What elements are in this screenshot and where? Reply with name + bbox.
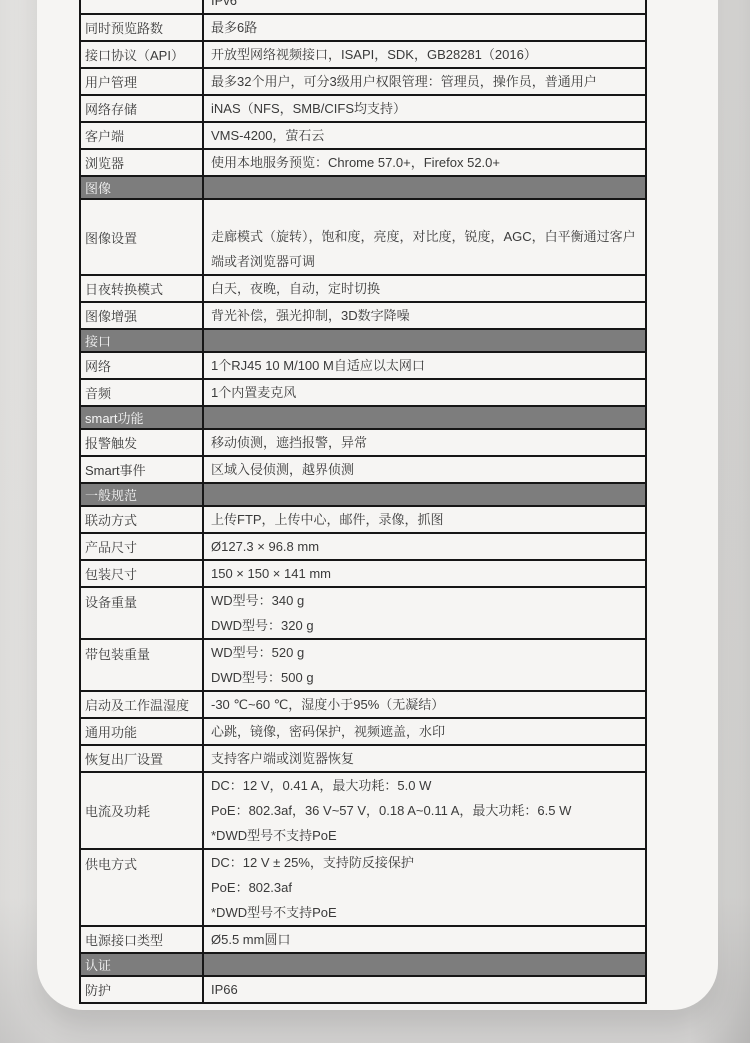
- spec-value: 区域入侵侦测，越界侦测: [203, 456, 646, 483]
- spec-value-line: -30 ℃~60 ℃，湿度小于95%（无凝结）: [211, 692, 639, 717]
- spec-value-line: DC：12 V ± 25%，支持防反接保护: [211, 850, 639, 875]
- spec-label: 设备重量: [80, 587, 203, 639]
- spec-label: 日夜转换模式: [80, 275, 203, 302]
- spec-label: 客户端: [80, 122, 203, 149]
- spec-table: IPv6同时预览路数最多6路接口协议（API）开放型网络视频接口，ISAPI，S…: [79, 0, 647, 1004]
- spec-value-line: 1个内置麦克风: [211, 380, 639, 405]
- spec-row: 通用功能心跳，镜像，密码保护，视频遮盖，水印: [80, 718, 646, 745]
- spec-value: [203, 329, 646, 352]
- spec-value-line: 使用本地服务预览：Chrome 57.0+，Firefox 52.0+: [211, 150, 639, 175]
- spec-value-line: 开放型网络视频接口，ISAPI，SDK，GB28281（2016）: [211, 42, 639, 67]
- spec-value: 1个内置麦克风: [203, 379, 646, 406]
- spec-value-line: IPv6: [211, 0, 639, 13]
- spec-value-line: VMS-4200，萤石云: [211, 123, 639, 148]
- spec-row: IPv6: [80, 0, 646, 14]
- spec-value-line: WD型号：520 g: [211, 640, 639, 665]
- spec-row: 网络存储iNAS（NFS，SMB/CIFS均支持）: [80, 95, 646, 122]
- spec-value: 移动侦测，遮挡报警，异常: [203, 429, 646, 456]
- spec-row: 报警触发移动侦测，遮挡报警，异常: [80, 429, 646, 456]
- spec-label: 产品尺寸: [80, 533, 203, 560]
- section-title: smart功能: [80, 406, 203, 429]
- spec-label: 启动及工作温湿度: [80, 691, 203, 718]
- spec-value-line: *DWD型号不支持PoE: [211, 900, 639, 925]
- spec-label: 图像增强: [80, 302, 203, 329]
- spec-value-line: PoE：802.3af: [211, 875, 639, 900]
- spec-value-line: iNAS（NFS，SMB/CIFS均支持）: [211, 96, 639, 121]
- spec-value: 上传FTP，上传中心，邮件，录像，抓图: [203, 506, 646, 533]
- spec-row: 带包装重量WD型号：520 gDWD型号：500 g: [80, 639, 646, 691]
- spec-row: 联动方式上传FTP，上传中心，邮件，录像，抓图: [80, 506, 646, 533]
- spec-row: 设备重量WD型号：340 gDWD型号：320 g: [80, 587, 646, 639]
- spec-row: 电流及功耗DC：12 V，0.41 A，最大功耗：5.0 WPoE：802.3a…: [80, 772, 646, 849]
- spec-row: 包装尺寸150 × 150 × 141 mm: [80, 560, 646, 587]
- spec-value-line: 区域入侵侦测，越界侦测: [211, 457, 639, 482]
- spec-row: 同时预览路数最多6路: [80, 14, 646, 41]
- spec-value: 最多32个用户，可分3级用户权限管理：管理员，操作员，普通用户: [203, 68, 646, 95]
- spec-value-line: 1个RJ45 10 M/100 M自适应以太网口: [211, 353, 639, 378]
- spec-label: 带包装重量: [80, 639, 203, 691]
- spec-value: [203, 176, 646, 199]
- spec-row: 电源接口类型Ø5.5 mm圆口: [80, 926, 646, 953]
- spec-value: DC：12 V，0.41 A，最大功耗：5.0 WPoE：802.3af，36 …: [203, 772, 646, 849]
- page: { "colors": { "table_border": "#161616",…: [0, 0, 750, 1043]
- spec-value-line: DC：12 V，0.41 A，最大功耗：5.0 W: [211, 773, 639, 798]
- spec-label: 电源接口类型: [80, 926, 203, 953]
- spec-value: IPv6: [203, 0, 646, 14]
- spec-value: 白天，夜晚，自动，定时切换: [203, 275, 646, 302]
- spec-row: 音频1个内置麦克风: [80, 379, 646, 406]
- spec-row: 日夜转换模式白天，夜晚，自动，定时切换: [80, 275, 646, 302]
- spec-value-line: 最多6路: [211, 15, 639, 40]
- spec-value: [203, 953, 646, 976]
- spec-row: 恢复出厂设置支持客户端或浏览器恢复: [80, 745, 646, 772]
- spec-label: 同时预览路数: [80, 14, 203, 41]
- spec-value: 150 × 150 × 141 mm: [203, 560, 646, 587]
- spec-row: 图像设置走廊模式（旋转），饱和度，亮度，对比度，锐度，AGC，白平衡通过客户端或…: [80, 199, 646, 275]
- spec-label: 网络: [80, 352, 203, 379]
- spec-value-line: 走廊模式（旋转），饱和度，亮度，对比度，锐度，AGC，白平衡通过客户端或者浏览器…: [211, 224, 639, 274]
- spec-label: Smart事件: [80, 456, 203, 483]
- spec-label: 电流及功耗: [80, 772, 203, 849]
- spec-label: 联动方式: [80, 506, 203, 533]
- spec-value: WD型号：520 gDWD型号：500 g: [203, 639, 646, 691]
- spec-value: WD型号：340 gDWD型号：320 g: [203, 587, 646, 639]
- spec-label: 供电方式: [80, 849, 203, 926]
- section-header-row: 接口: [80, 329, 646, 352]
- spec-value-line: DWD型号：320 g: [211, 613, 639, 638]
- spec-value-line: 最多32个用户，可分3级用户权限管理：管理员，操作员，普通用户: [211, 69, 639, 94]
- spec-value-line: DWD型号：500 g: [211, 665, 639, 690]
- spec-value: Ø127.3 × 96.8 mm: [203, 533, 646, 560]
- spec-label: 音频: [80, 379, 203, 406]
- spec-value: VMS-4200，萤石云: [203, 122, 646, 149]
- spec-value-line: WD型号：340 g: [211, 588, 639, 613]
- spec-label: 用户管理: [80, 68, 203, 95]
- spec-value: -30 ℃~60 ℃，湿度小于95%（无凝结）: [203, 691, 646, 718]
- spec-label: 接口协议（API）: [80, 41, 203, 68]
- spec-value-line: 上传FTP，上传中心，邮件，录像，抓图: [211, 507, 639, 532]
- section-header-row: 图像: [80, 176, 646, 199]
- spec-value: 心跳，镜像，密码保护，视频遮盖，水印: [203, 718, 646, 745]
- section-header-row: 一般规范: [80, 483, 646, 506]
- spec-value-line: 背光补偿，强光抑制，3D数字降噪: [211, 303, 639, 328]
- spec-value-line: 支持客户端或浏览器恢复: [211, 746, 639, 771]
- spec-label: 防护: [80, 976, 203, 1003]
- spec-label: 报警触发: [80, 429, 203, 456]
- spec-row: 网络1个RJ45 10 M/100 M自适应以太网口: [80, 352, 646, 379]
- spec-value-line: 心跳，镜像，密码保护，视频遮盖，水印: [211, 719, 639, 744]
- spec-label: 图像设置: [80, 199, 203, 275]
- spec-value-line: Ø127.3 × 96.8 mm: [211, 534, 639, 559]
- spec-value: 1个RJ45 10 M/100 M自适应以太网口: [203, 352, 646, 379]
- spec-row: 供电方式DC：12 V ± 25%，支持防反接保护PoE：802.3af*DWD…: [80, 849, 646, 926]
- spec-label: 恢复出厂设置: [80, 745, 203, 772]
- spec-row: 客户端VMS-4200，萤石云: [80, 122, 646, 149]
- spec-row: 启动及工作温湿度-30 ℃~60 ℃，湿度小于95%（无凝结）: [80, 691, 646, 718]
- spec-row: 用户管理最多32个用户，可分3级用户权限管理：管理员，操作员，普通用户: [80, 68, 646, 95]
- spec-label: 网络存储: [80, 95, 203, 122]
- spec-sheet-card: IPv6同时预览路数最多6路接口协议（API）开放型网络视频接口，ISAPI，S…: [37, 0, 718, 1010]
- spec-value: 走廊模式（旋转），饱和度，亮度，对比度，锐度，AGC，白平衡通过客户端或者浏览器…: [203, 199, 646, 275]
- spec-label: 浏览器: [80, 149, 203, 176]
- spec-value: iNAS（NFS，SMB/CIFS均支持）: [203, 95, 646, 122]
- section-header-row: 认证: [80, 953, 646, 976]
- spec-value-line: PoE：802.3af，36 V~57 V，0.18 A~0.11 A，最大功耗…: [211, 798, 639, 823]
- spec-table-body: IPv6同时预览路数最多6路接口协议（API）开放型网络视频接口，ISAPI，S…: [80, 0, 646, 1003]
- spec-label: 包装尺寸: [80, 560, 203, 587]
- spec-value: 最多6路: [203, 14, 646, 41]
- spec-row: 防护IP66: [80, 976, 646, 1003]
- spec-row: 图像增强背光补偿，强光抑制，3D数字降噪: [80, 302, 646, 329]
- spec-value-line: 移动侦测，遮挡报警，异常: [211, 430, 639, 455]
- spec-row: Smart事件区域入侵侦测，越界侦测: [80, 456, 646, 483]
- section-header-row: smart功能: [80, 406, 646, 429]
- spec-label: [80, 0, 203, 14]
- spec-value: IP66: [203, 976, 646, 1003]
- spec-value: 开放型网络视频接口，ISAPI，SDK，GB28281（2016）: [203, 41, 646, 68]
- spec-value: Ø5.5 mm圆口: [203, 926, 646, 953]
- spec-value-line: 白天，夜晚，自动，定时切换: [211, 276, 639, 301]
- spec-value: 使用本地服务预览：Chrome 57.0+，Firefox 52.0+: [203, 149, 646, 176]
- spec-value-line: *DWD型号不支持PoE: [211, 823, 639, 848]
- spec-value: [203, 483, 646, 506]
- spec-value-line: IP66: [211, 977, 639, 1002]
- section-title: 接口: [80, 329, 203, 352]
- spec-value: DC：12 V ± 25%，支持防反接保护PoE：802.3af*DWD型号不支…: [203, 849, 646, 926]
- spec-row: 接口协议（API）开放型网络视频接口，ISAPI，SDK，GB28281（201…: [80, 41, 646, 68]
- section-title: 图像: [80, 176, 203, 199]
- spec-value-line: Ø5.5 mm圆口: [211, 927, 639, 952]
- spec-label: 通用功能: [80, 718, 203, 745]
- spec-row: 浏览器使用本地服务预览：Chrome 57.0+，Firefox 52.0+: [80, 149, 646, 176]
- spec-value: 支持客户端或浏览器恢复: [203, 745, 646, 772]
- spec-row: 产品尺寸Ø127.3 × 96.8 mm: [80, 533, 646, 560]
- spec-value: [203, 406, 646, 429]
- spec-value: 背光补偿，强光抑制，3D数字降噪: [203, 302, 646, 329]
- section-title: 一般规范: [80, 483, 203, 506]
- section-title: 认证: [80, 953, 203, 976]
- spec-value-line: 150 × 150 × 141 mm: [211, 561, 639, 586]
